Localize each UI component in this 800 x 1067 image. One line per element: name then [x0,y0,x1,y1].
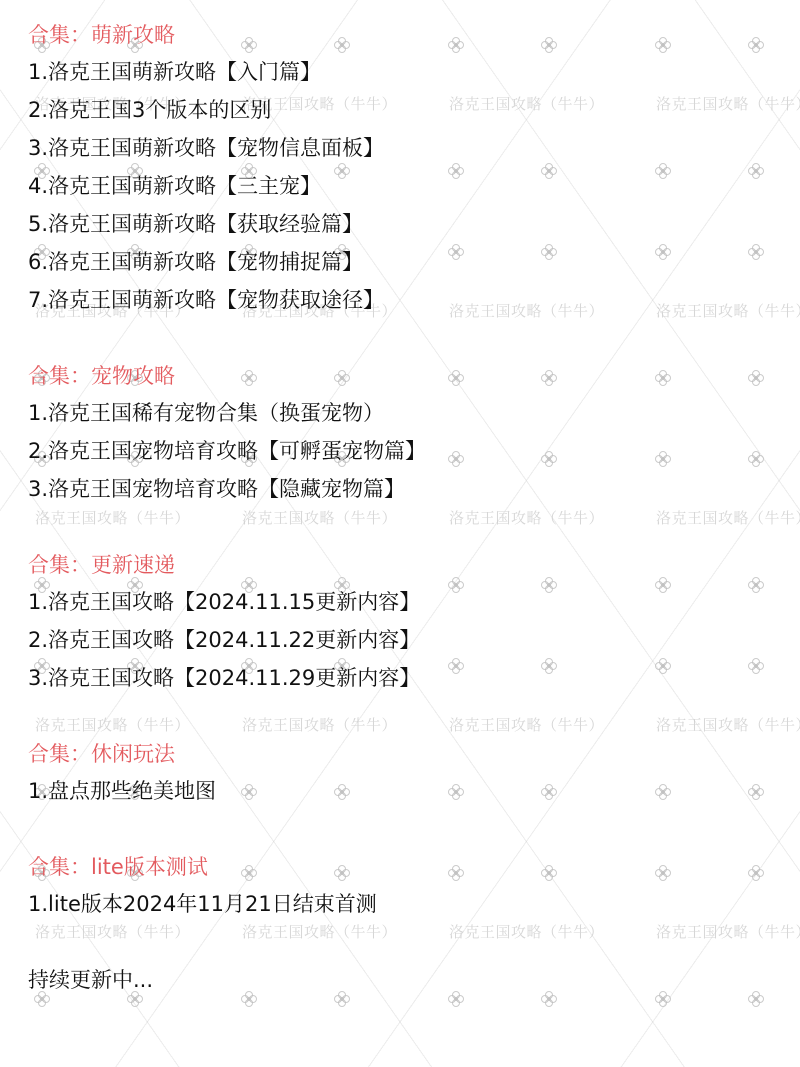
article-link[interactable]: 3.洛克王国宠物培育攻略【隐藏宠物篇】 [28,474,800,505]
continuing-updates-note: 持续更新中... [28,965,800,996]
article-link[interactable]: 4.洛克王国萌新攻略【三主宠】 [28,171,800,202]
article-link[interactable]: 2.洛克王国3个版本的区别 [28,95,800,126]
article-link[interactable]: 7.洛克王国萌新攻略【宠物获取途径】 [28,285,800,316]
article-content: 合集：萌新攻略 1.洛克王国萌新攻略【入门篇】 2.洛克王国3个版本的区别 3.… [0,0,800,996]
section-spacer [28,512,800,550]
section-spacer [28,323,800,361]
section-spacer [28,701,800,739]
section-title: 合集：萌新攻略 [28,20,800,51]
article-link[interactable]: 1.洛克王国萌新攻略【入门篇】 [28,57,800,88]
section-pet-guides: 合集：宠物攻略 1.洛克王国稀有宠物合集（换蛋宠物） 2.洛克王国宠物培育攻略【… [28,361,800,505]
article-link[interactable]: 2.洛克王国攻略【2024.11.22更新内容】 [28,625,800,656]
article-link[interactable]: 2.洛克王国宠物培育攻略【可孵蛋宠物篇】 [28,436,800,467]
section-lite-test: 合集：lite版本测试 1.lite版本2024年11月21日结束首测 [28,852,800,920]
section-casual-play: 合集：休闲玩法 1.盘点那些绝美地图 [28,739,800,807]
article-link[interactable]: 5.洛克王国萌新攻略【获取经验篇】 [28,209,800,240]
article-link[interactable]: 3.洛克王国萌新攻略【宠物信息面板】 [28,133,800,164]
article-link[interactable]: 3.洛克王国攻略【2024.11.29更新内容】 [28,663,800,694]
section-spacer [28,814,800,852]
article-link[interactable]: 1.洛克王国稀有宠物合集（换蛋宠物） [28,398,800,429]
article-link[interactable]: 1.lite版本2024年11月21日结束首测 [28,889,800,920]
section-newbie-guides: 合集：萌新攻略 1.洛克王国萌新攻略【入门篇】 2.洛克王国3个版本的区别 3.… [28,20,800,316]
article-link[interactable]: 1.洛克王国攻略【2024.11.15更新内容】 [28,587,800,618]
section-title: 合集：休闲玩法 [28,739,800,770]
section-update-news: 合集：更新速递 1.洛克王国攻略【2024.11.15更新内容】 2.洛克王国攻… [28,550,800,694]
section-spacer [28,927,800,965]
section-title: 合集：lite版本测试 [28,852,800,883]
article-link[interactable]: 6.洛克王国萌新攻略【宠物捕捉篇】 [28,247,800,278]
section-title: 合集：更新速递 [28,550,800,581]
article-link[interactable]: 1.盘点那些绝美地图 [28,776,800,807]
section-title: 合集：宠物攻略 [28,361,800,392]
